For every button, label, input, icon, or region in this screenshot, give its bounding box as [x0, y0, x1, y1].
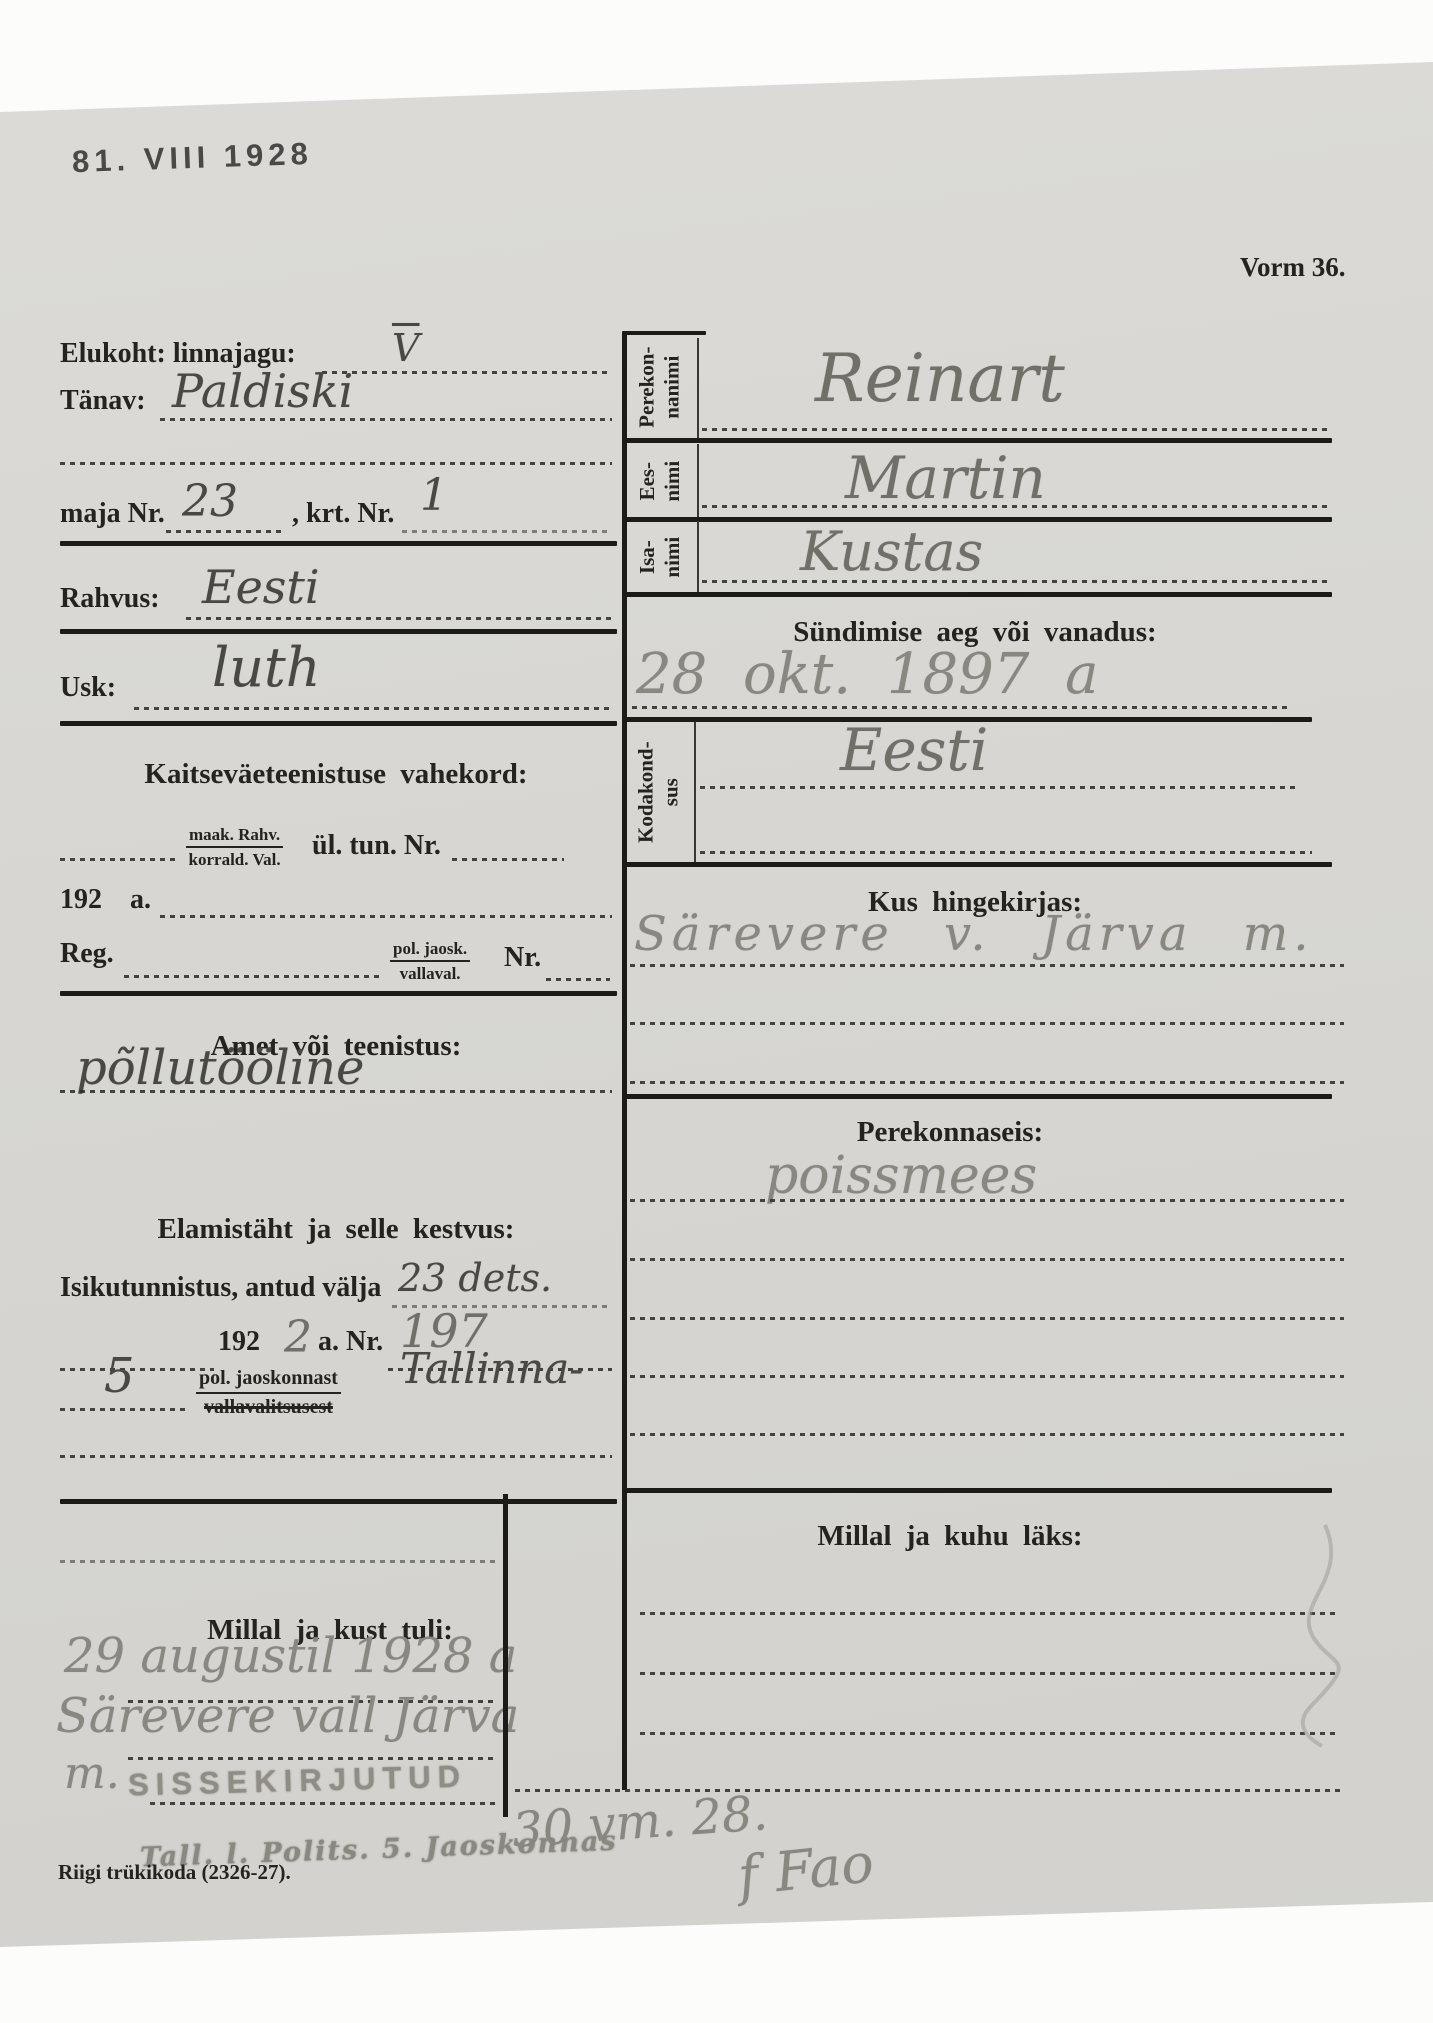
dashed-line: [452, 858, 564, 861]
dashed-line: [166, 530, 284, 533]
year-suffix: a.: [130, 884, 151, 916]
laks-section-title: Millal ja kuhu läks:: [700, 1520, 1200, 1553]
reg-fraction-top: pol. jaosk.: [390, 938, 470, 962]
rahvus-label: Rahvus:: [60, 583, 160, 615]
dashed-line: [630, 1433, 1344, 1436]
paper-sheet: 81. VIII 1928 Vorm 36. Elukoht: linnajag…: [0, 0, 1433, 2023]
military-fraction-bottom: korrald. Val.: [186, 848, 283, 870]
maja-nr-value: 23: [182, 476, 238, 527]
dashed-line: [700, 851, 1312, 854]
fathername-label-cell: Isa- nimi: [628, 521, 692, 593]
dashed-line: [630, 1081, 1344, 1084]
usk-label: Usk:: [60, 672, 116, 704]
firstname-value: Martin: [845, 444, 1046, 512]
marital-value: poissmees: [765, 1146, 1037, 1206]
scanned-registration-card: 81. VIII 1928 Vorm 36. Elukoht: linnajag…: [0, 0, 1433, 2023]
isiku-year-prefix: 192: [218, 1326, 260, 1358]
surname-label: nanimi: [660, 347, 685, 428]
citizenship-value: Eesti: [840, 716, 988, 784]
isikutunnistus-label: Isikutunnistus, antud välja: [60, 1272, 381, 1304]
citizenship-label: Kodakond-: [634, 741, 659, 843]
surname-value: Reinart: [815, 340, 1065, 417]
firstname-label-cell: Ees- nimi: [628, 444, 692, 518]
main-vertical-divider: [622, 334, 627, 1790]
dashed-line: [124, 975, 384, 978]
section-rule: [622, 438, 1332, 443]
dashed-line: [515, 1789, 1340, 1792]
dashed-line: [160, 418, 612, 421]
dashed-line: [402, 530, 612, 533]
isikutunnistus-value: 23 dets.: [398, 1256, 552, 1300]
dashed-line: [702, 428, 1332, 431]
jaoskond-fraction-top: pol. jaoskonnast: [196, 1366, 341, 1394]
section-rule: [60, 721, 617, 726]
section-rule: [60, 991, 617, 996]
marital-section-title: Perekonnaseis:: [650, 1116, 1250, 1149]
military-fraction: maak. Rahv. korrald. Val.: [186, 824, 283, 871]
dashed-line: [630, 1258, 1344, 1261]
dashed-line: [60, 1090, 612, 1093]
krt-nr-label: , krt. Nr.: [292, 498, 394, 530]
official-signature: f Fao: [735, 1831, 877, 1908]
bottom-note-date: 30 vm. 28.: [510, 1785, 769, 1859]
tuli-value-line3: m.: [64, 1748, 120, 1799]
label-divider-line: [697, 521, 699, 593]
section-rule: [622, 862, 1332, 867]
year-prefix: 192: [60, 884, 102, 916]
dashed-line: [546, 978, 610, 981]
tanav-value: Paldiski: [172, 364, 353, 418]
dashed-line: [322, 371, 612, 374]
dashed-line: [632, 706, 1290, 709]
dashed-line: [630, 1317, 1344, 1320]
reg-nr-label: Nr.: [504, 942, 541, 974]
namebox-top-rule: [622, 331, 706, 335]
section-rule: [622, 592, 1332, 597]
dashed-line: [60, 1560, 498, 1563]
military-fraction-top: maak. Rahv.: [186, 824, 283, 848]
jaoskond-city-value: Tallinna-: [400, 1344, 583, 1393]
dashed-line: [150, 1802, 498, 1805]
label-divider-line: [697, 444, 699, 518]
date-stamp: 81. VIII 1928: [71, 136, 313, 180]
jaoskond-number-value: 5: [104, 1348, 135, 1404]
section-rule: [60, 629, 617, 634]
fathername-label: Isa-: [635, 537, 660, 578]
form-number: Vorm 36.: [1240, 252, 1346, 283]
amet-value: põllutööline: [76, 1040, 364, 1096]
birth-value: 28 okt. 1897 a: [636, 642, 1099, 707]
registered-stamp: SISSEKIRJUTUD: [128, 1759, 468, 1804]
dashed-line: [630, 1375, 1344, 1378]
dashed-line: [700, 786, 1300, 789]
dashed-line: [630, 1199, 1344, 1202]
section-rule: [60, 1499, 617, 1504]
military-section-title: Kaitseväeteenistuse vahekord:: [60, 758, 612, 791]
bottom-vertical-divider: [503, 1494, 508, 1817]
dashed-line: [702, 505, 1332, 508]
firstname-label: nimi: [660, 461, 685, 502]
firstname-label: Ees-: [635, 461, 660, 502]
fathername-label: nimi: [660, 537, 685, 578]
fathername-value: Kustas: [800, 520, 983, 583]
label-divider-line: [694, 722, 696, 862]
surname-label-cell: Perekon- nanimi: [628, 338, 692, 437]
dashed-line: [630, 1022, 1344, 1025]
dashed-line: [186, 617, 612, 620]
reg-label: Reg.: [60, 938, 114, 970]
surname-label: Perekon-: [635, 347, 660, 428]
usk-value: luth: [212, 636, 321, 699]
printer-note: Riigi trükikoda (2326-27).: [58, 1860, 291, 1885]
dashed-line: [702, 580, 1332, 583]
isiku-nr-label: a. Nr.: [318, 1326, 383, 1358]
citizenship-label-cell: Kodakond- sus: [626, 722, 692, 862]
isiku-year-value: 2: [284, 1312, 312, 1363]
tuli-value-line2: Särevere vall Järva: [56, 1688, 519, 1744]
rahvus-value: Eesti: [202, 560, 320, 614]
dashed-line: [60, 462, 612, 465]
dashed-line: [60, 858, 178, 861]
hingekiri-value: Särevere v. Järva m.: [634, 906, 1314, 962]
pencil-squiggle-mark: [1230, 1520, 1400, 1750]
tuli-value-line1: 29 augustil 1928 a: [64, 1628, 517, 1684]
military-tunnistus-label: ül. tun. Nr.: [312, 830, 441, 862]
maja-nr-label: maja Nr.: [60, 498, 165, 530]
dashed-line: [60, 1368, 214, 1371]
dashed-line: [160, 915, 612, 918]
section-rule: [622, 1488, 1332, 1493]
label-divider-line: [697, 338, 699, 438]
dashed-line: [60, 1408, 188, 1411]
reg-fraction: pol. jaosk. vallaval.: [390, 938, 470, 985]
jaoskond-fraction-bottom: vallavalitsusest: [196, 1394, 341, 1420]
tanav-label: Tänav:: [60, 385, 146, 417]
elamistaht-section-title: Elamistäht ja selle kestvus:: [60, 1213, 612, 1246]
jaoskond-fraction: pol. jaoskonnast vallavalitsusest: [196, 1366, 341, 1420]
dashed-line: [630, 964, 1344, 967]
dashed-line: [60, 1455, 612, 1458]
krt-nr-value: 1: [420, 470, 448, 521]
reg-fraction-bottom: vallaval.: [390, 962, 470, 984]
citizenship-label: sus: [659, 741, 684, 843]
section-rule: [60, 541, 617, 546]
elukoht-value: V: [392, 326, 419, 370]
dashed-line: [134, 707, 612, 710]
section-rule: [622, 1094, 1332, 1099]
